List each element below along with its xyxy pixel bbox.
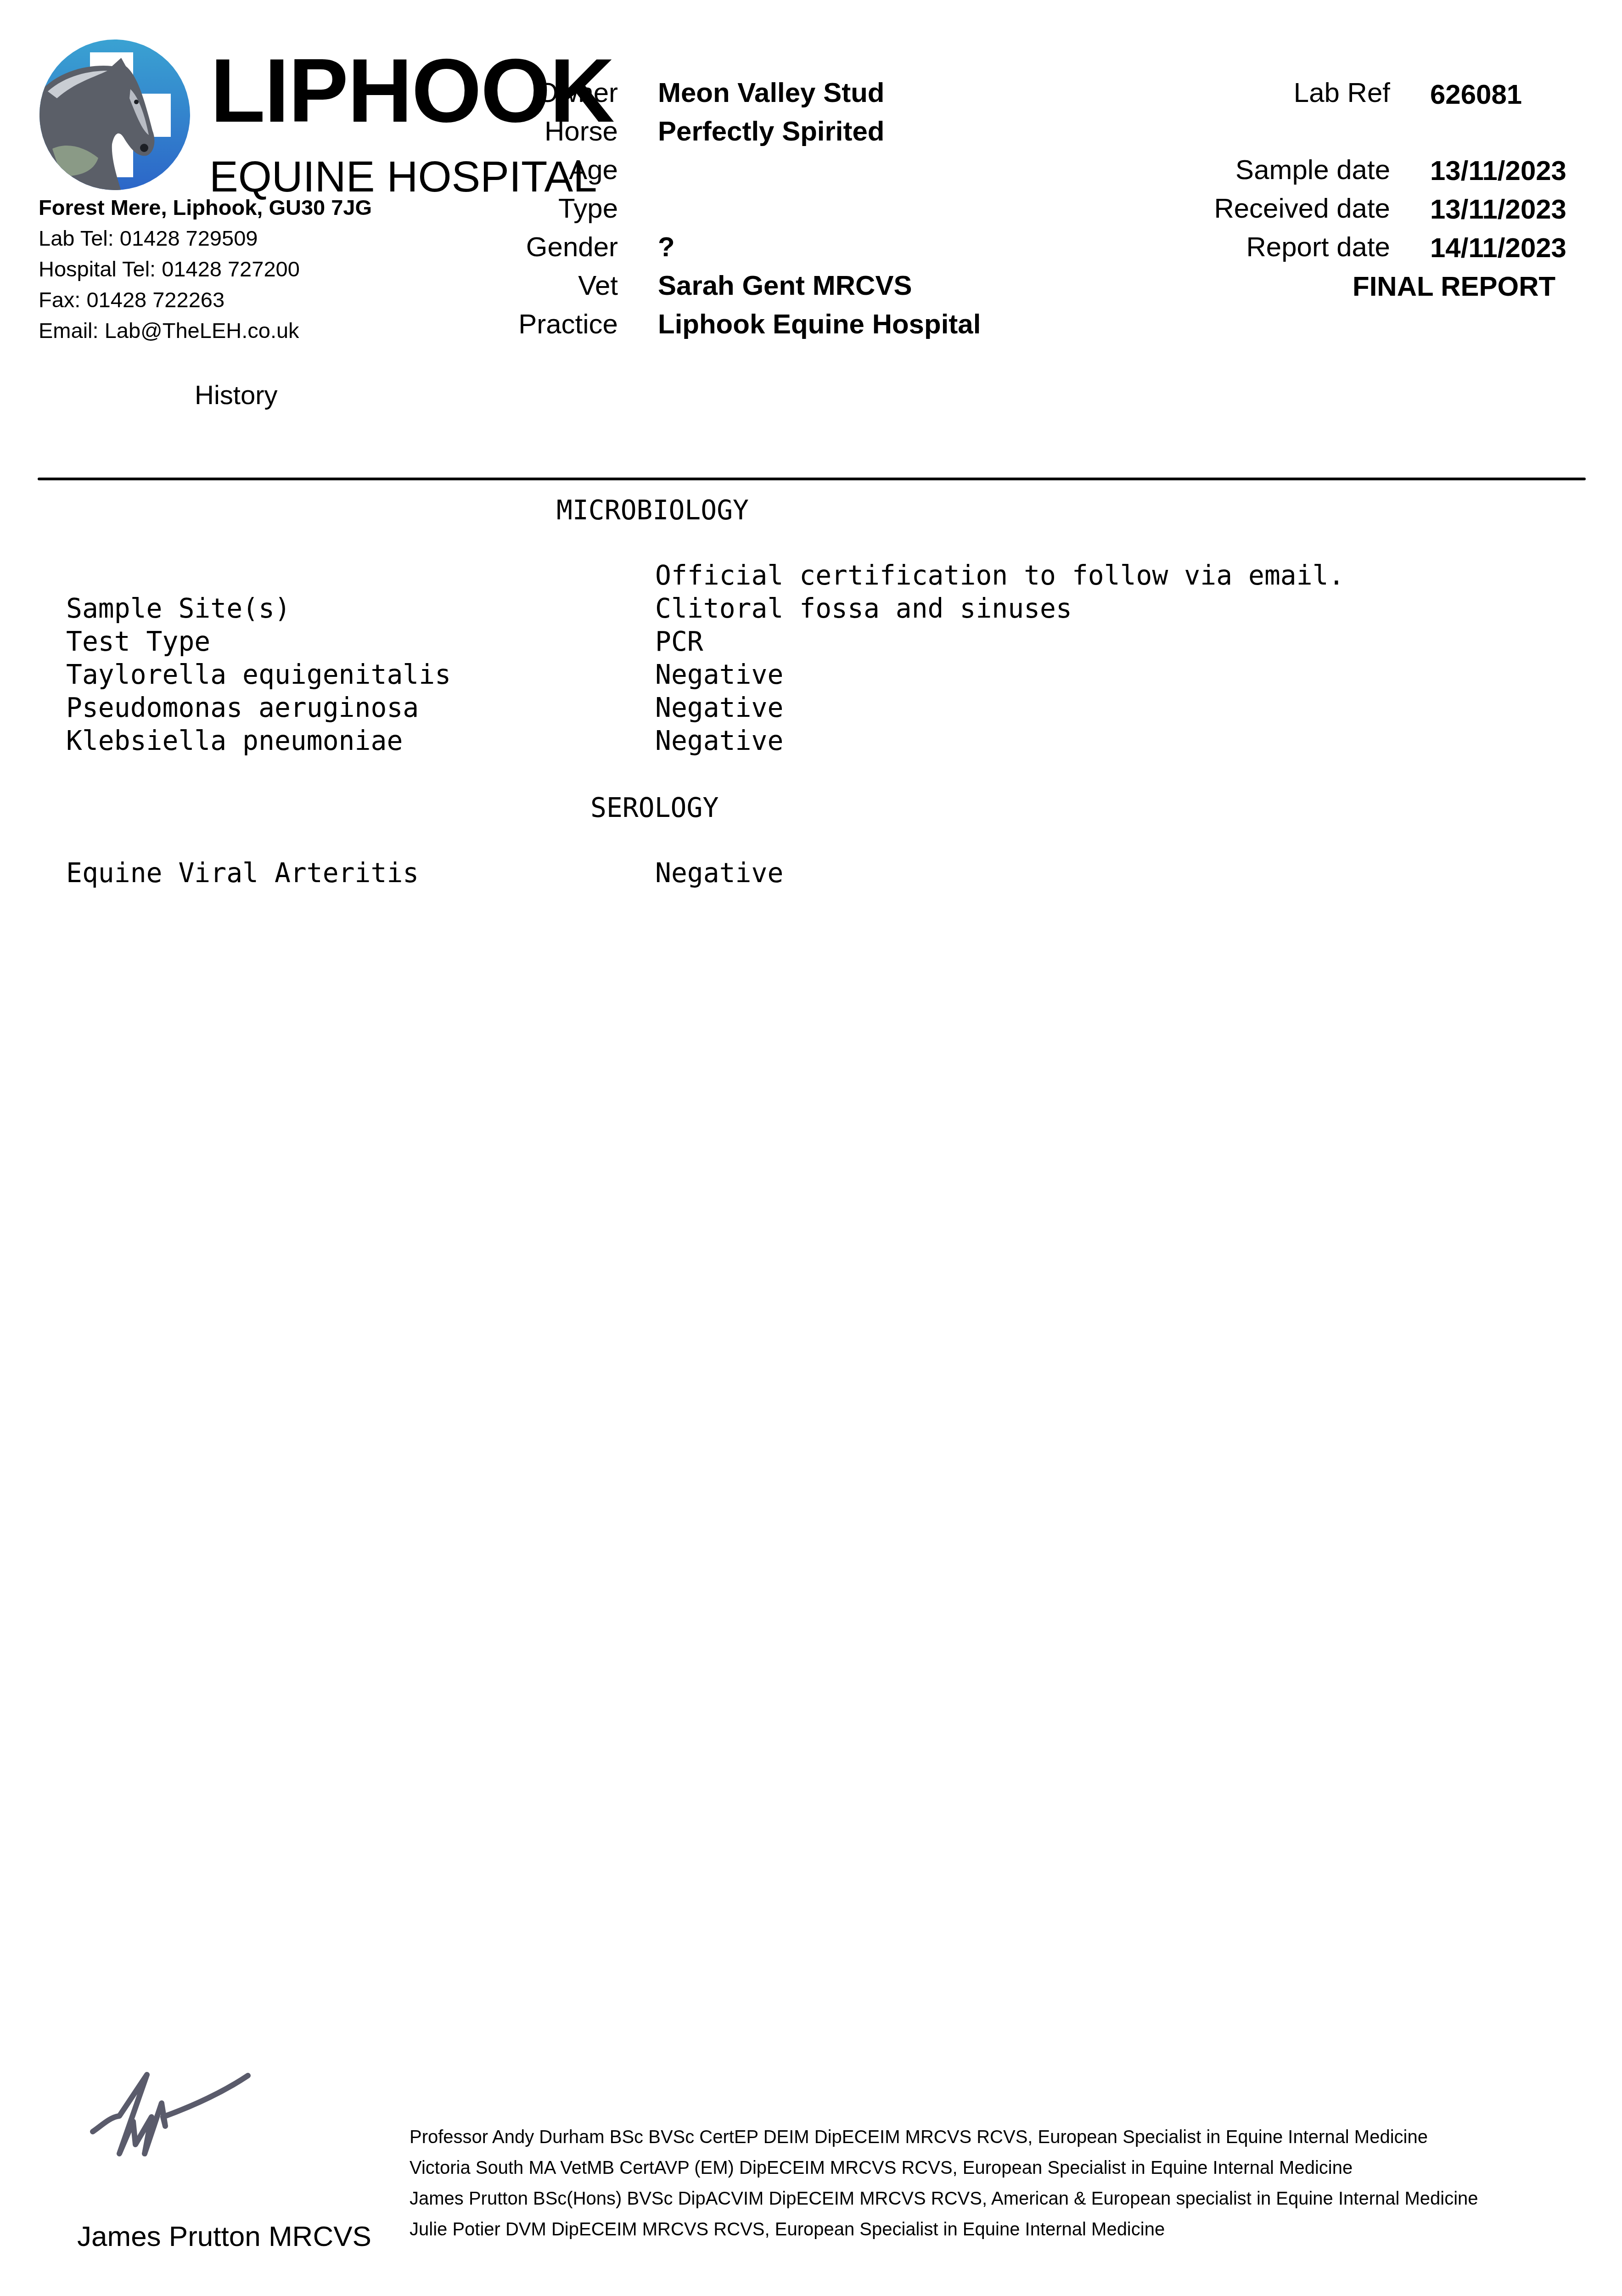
staff-credit: Professor Andy Durham BSc BVSc CertEP DE… <box>410 2128 1428 2146</box>
signatory-name: James Prutton MRCVS <box>77 2223 371 2251</box>
result-value: Negative <box>655 694 783 721</box>
result-label: Equine Viral Arteritis <box>66 860 419 886</box>
sample-date-value: 13/11/2023 <box>1430 157 1566 185</box>
result-label: Pseudomonas aeruginosa <box>66 694 419 721</box>
serology-title: SEROLOGY <box>590 794 718 821</box>
gender-label: Gender <box>434 233 618 261</box>
result-value: Negative <box>655 860 783 886</box>
result-label: Klebsiella pneumoniae <box>66 727 403 754</box>
owner-label: Owner <box>434 79 618 107</box>
lab-tel: Lab Tel: 01428 729509 <box>39 227 258 249</box>
gender-value: ? <box>658 233 675 261</box>
type-label: Type <box>434 195 618 222</box>
lab-ref-value: 626081 <box>1430 81 1522 108</box>
staff-credit: James Prutton BSc(Hons) BVSc DipACVIM Di… <box>410 2189 1478 2208</box>
report-date-value: 14/11/2023 <box>1430 234 1566 262</box>
fax-number: Fax: 01428 722263 <box>39 289 224 310</box>
practice-label: Practice <box>434 310 618 338</box>
received-date-label: Received date <box>1161 195 1390 222</box>
received-date-value: 13/11/2023 <box>1430 196 1566 223</box>
certification-note: Official certification to follow via ema… <box>655 562 1345 589</box>
result-value: PCR <box>655 628 703 655</box>
hospital-logo-icon <box>39 39 191 191</box>
header-divider <box>38 478 1586 480</box>
hospital-tel: Hospital Tel: 01428 727200 <box>39 258 300 280</box>
sample-date-label: Sample date <box>1161 156 1390 184</box>
report-status: FINAL REPORT <box>1353 273 1555 300</box>
result-value: Negative <box>655 661 783 688</box>
report-date-label: Report date <box>1161 233 1390 261</box>
staff-credit: Victoria South MA VetMB CertAVP (EM) Dip… <box>410 2159 1353 2177</box>
vet-label: Vet <box>434 272 618 299</box>
result-label: Taylorella equigenitalis <box>66 661 451 688</box>
result-value: Clitoral fossa and sinuses <box>655 595 1072 622</box>
owner-value: Meon Valley Stud <box>658 79 884 107</box>
result-label: Sample Site(s) <box>66 595 291 622</box>
vet-value: Sarah Gent MRCVS <box>658 272 912 299</box>
result-value: Negative <box>655 727 783 754</box>
hospital-address: Forest Mere, Liphook, GU30 7JG <box>39 197 372 218</box>
history-label: History <box>195 382 277 409</box>
result-label: Test Type <box>66 628 210 655</box>
signature-icon <box>83 2062 312 2181</box>
email-address: Email: Lab@TheLEH.co.uk <box>39 320 299 341</box>
horse-value: Perfectly Spirited <box>658 118 885 145</box>
staff-credit: Julie Potier DVM DipECEIM MRCVS RCVS, Eu… <box>410 2220 1165 2239</box>
age-label: Age <box>434 156 618 184</box>
practice-value: Liphook Equine Hospital <box>658 310 981 338</box>
microbiology-title: MICROBIOLOGY <box>556 497 749 523</box>
lab-ref-label: Lab Ref <box>1161 79 1390 107</box>
horse-label: Horse <box>434 118 618 145</box>
